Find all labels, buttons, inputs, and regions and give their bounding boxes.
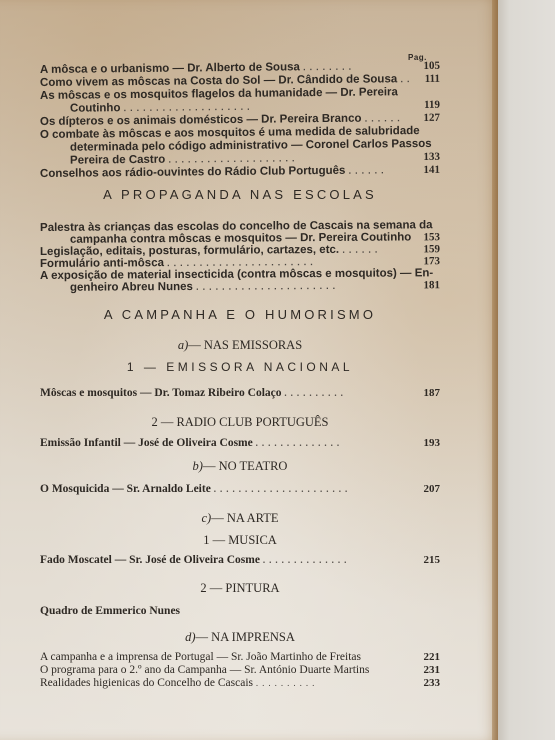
- leader-dots: ..............: [256, 438, 344, 448]
- page-number: 141: [410, 164, 440, 177]
- leader-dots: ....................: [168, 153, 298, 164]
- page-number: 231: [410, 664, 440, 677]
- page-number: 111: [410, 73, 440, 86]
- page-number: 181: [410, 279, 440, 292]
- section-title: A PROPAGANDA NAS ESCOLAS: [40, 187, 440, 202]
- subsection-title: c)— NA ARTE: [40, 511, 440, 526]
- leader-dots: ..............: [263, 555, 351, 565]
- leader-dots: ......................: [196, 281, 339, 292]
- leader-dots: ..........: [256, 678, 319, 688]
- subsection-heading: 2 — PINTURA: [40, 581, 440, 596]
- toc-entry: Quadro de Emmerico Nunes: [40, 605, 440, 618]
- page-number: 215: [410, 554, 440, 567]
- subsection-heading: 1 — EMISSORA NACIONAL: [40, 360, 440, 374]
- book-page: Pag. A môsca e o urbanismo — Dr. Alberto…: [0, 0, 498, 740]
- leader-dots: ......: [349, 165, 388, 175]
- page-edge: [492, 0, 498, 740]
- toc-entry: O Mosquicida — Sr. Arnaldo Leite .......…: [40, 483, 440, 496]
- page-number: 133: [410, 151, 440, 164]
- subsection-title: d)— NA IMPRENSA: [40, 630, 440, 645]
- page-number: 127: [410, 112, 440, 125]
- leader-dots: ..........: [284, 388, 347, 398]
- page-number: 187: [410, 387, 440, 400]
- page-number: 193: [410, 437, 440, 450]
- toc-entry: Conselhos aos rádio-ouvintes do Rádio Cl…: [40, 164, 440, 181]
- leader-dots: ....................: [124, 102, 254, 113]
- leader-dots: ........: [303, 62, 355, 73]
- section-title: A CAMPANHA E O HUMORISMO: [40, 307, 440, 322]
- toc-entry: genheiro Abreu Nunes ...................…: [40, 279, 440, 295]
- page-number: 105: [410, 60, 440, 73]
- toc-entry: Môscas e mosquitos — Dr. Tomaz Ribeiro C…: [40, 387, 440, 400]
- subsection-heading: 2 — RADIO CLUB PORTUGUÊS: [40, 415, 440, 430]
- leader-dots: ......: [342, 245, 381, 255]
- toc-entry: Realidades higienicas do Concelho de Cas…: [40, 677, 440, 690]
- leader-dots: ......: [365, 113, 404, 123]
- background-surface: [498, 0, 555, 740]
- subsection-title: b)— NO TEATRO: [40, 459, 440, 474]
- subsection-title: a)— NAS EMISSORAS: [40, 338, 440, 353]
- toc-entry: Fado Moscatel — Sr. José de Oliveira Cos…: [40, 554, 440, 567]
- toc-entry: A campanha e a imprensa de Portugal — Sr…: [40, 651, 440, 664]
- toc-entry: Emissão Infantil — José de Oliveira Cosm…: [40, 437, 440, 450]
- page-number: 207: [410, 483, 440, 496]
- leader-dots: .......................: [167, 257, 317, 268]
- toc-entry: O programa para o 2.º ano da Campanha — …: [40, 664, 440, 677]
- page-number: 221: [410, 651, 440, 664]
- page-number: 233: [410, 677, 440, 690]
- subsection-heading: 1 — MUSICA: [40, 533, 440, 548]
- page-number: 119: [410, 99, 440, 112]
- leader-dots: ......................: [214, 484, 352, 494]
